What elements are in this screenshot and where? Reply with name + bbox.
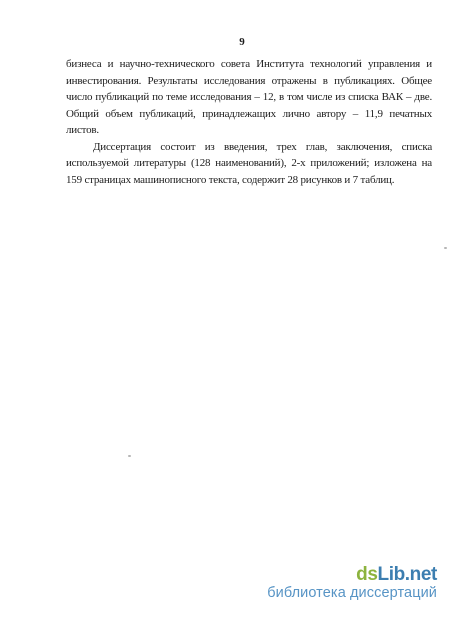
paragraph-1-line-1: бизнеса и научно-технического совета Инс… [66,56,432,73]
paragraph-1-line-5: листов. [66,122,432,139]
paragraph-2-line-1: Диссертация состоит из введения, трех гл… [66,139,432,156]
body-text: бизнеса и научно-технического совета Инс… [66,56,432,188]
paragraph-1-line-4: Общий объем публикаций, принадлежащих ли… [66,106,432,123]
paragraph-1-line-2: инвестирования. Результаты исследования … [66,73,432,90]
dslib-logo: dsLib.net [267,565,437,585]
dslib-watermark: dsLib.net библиотека диссертаций [267,565,437,601]
scan-artifact-dot [128,455,131,457]
dslib-logo-prefix: ds [356,564,377,585]
paragraph-2-line-2: используемой литературы (128 наименовани… [66,155,432,172]
scan-artifact-dot [444,247,447,249]
dslib-subtitle: библиотека диссертаций [267,586,437,601]
scanned-document-page: 9 бизнеса и научно-технического совета И… [0,0,450,618]
paragraph-1-line-3: число публикаций по теме исследования – … [66,89,432,106]
page-number: 9 [66,34,418,51]
paragraph-2-line-3: 159 страницах машинописного текста, соде… [66,172,432,189]
dslib-logo-suffix: Lib.net [378,564,437,585]
